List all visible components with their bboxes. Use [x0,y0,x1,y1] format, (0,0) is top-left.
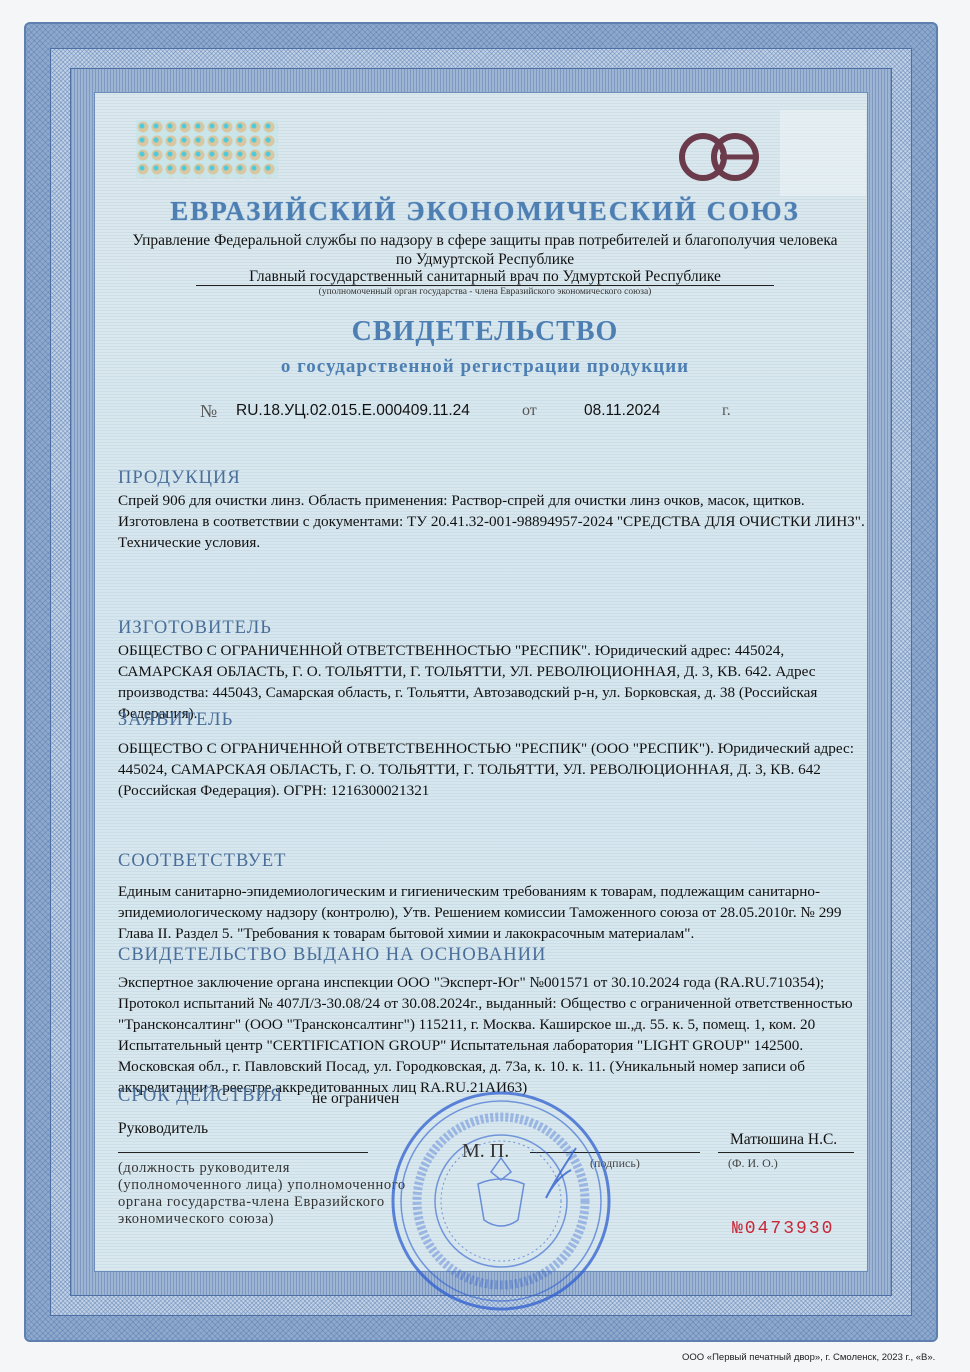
position-line [118,1152,368,1153]
conforms-heading: СООТВЕТСТВУЕТ [118,851,286,872]
union-title: ЕВРАЗИЙСКИЙ ЭКОНОМИЧЕСКИЙ СОЮЗ [0,196,970,227]
conforms-text: Единым санитарно-эпидемиологическим и ги… [118,881,878,944]
number-sign: № [200,401,217,422]
product-heading: ПРОДУКЦИЯ [118,468,241,489]
from-label: от [522,402,537,420]
watermark-area [780,110,866,196]
eaeu-logo-icon [676,130,762,184]
position-caption: (должность руководителя (уполномоченного… [118,1160,418,1228]
head-label: Руководитель [118,1120,208,1138]
hologram-sticker [136,120,278,178]
name-line [718,1152,854,1153]
certificate-date: 08.11.2024 [584,402,660,420]
validity-heading: СРОК ДЕЙСТВИЯ [118,1086,283,1107]
authority-caption: (уполномоченный орган государства - член… [0,287,970,297]
applicant-heading: ЗАЯВИТЕЛЬ [118,710,233,731]
printer-imprint: ООО «Первый печатный двор», г. Смоленск,… [682,1352,935,1363]
product-text: Спрей 906 для очистки линз. Область прим… [118,490,878,553]
basis-text: Экспертное заключение органа инспекции О… [118,972,878,1098]
certificate-number: RU.18.УЦ.02.015.Е.000409.11.24 [236,402,470,420]
manufacturer-heading: ИЗГОТОВИТЕЛЬ [118,618,272,639]
serial-number: №0473930 [732,1219,834,1239]
stamp-mark: М. П. [462,1140,509,1163]
authority-region: по Удмуртской Республике [0,251,970,269]
signatory-name: Матюшина Н.С. [730,1131,837,1149]
year-suffix: г. [722,402,731,420]
official-stamp-icon [388,1088,614,1314]
chief-doctor-underline [196,285,774,286]
certificate-subtitle: о государственной регистрации продукции [0,356,970,378]
validity-value: не ограничен [312,1090,399,1108]
name-caption: (Ф. И. О.) [728,1156,778,1171]
applicant-text: ОБЩЕСТВО С ОГРАНИЧЕННОЙ ОТВЕТСТВЕННОСТЬЮ… [118,738,878,801]
certificate-title: СВИДЕТЕЛЬСТВО [0,316,970,348]
basis-heading: СВИДЕТЕЛЬСТВО ВЫДАНО НА ОСНОВАНИИ [118,945,546,966]
chief-doctor: Главный государственный санитарный врач … [0,268,970,286]
authority-name: Управление Федеральной службы по надзору… [0,232,970,250]
